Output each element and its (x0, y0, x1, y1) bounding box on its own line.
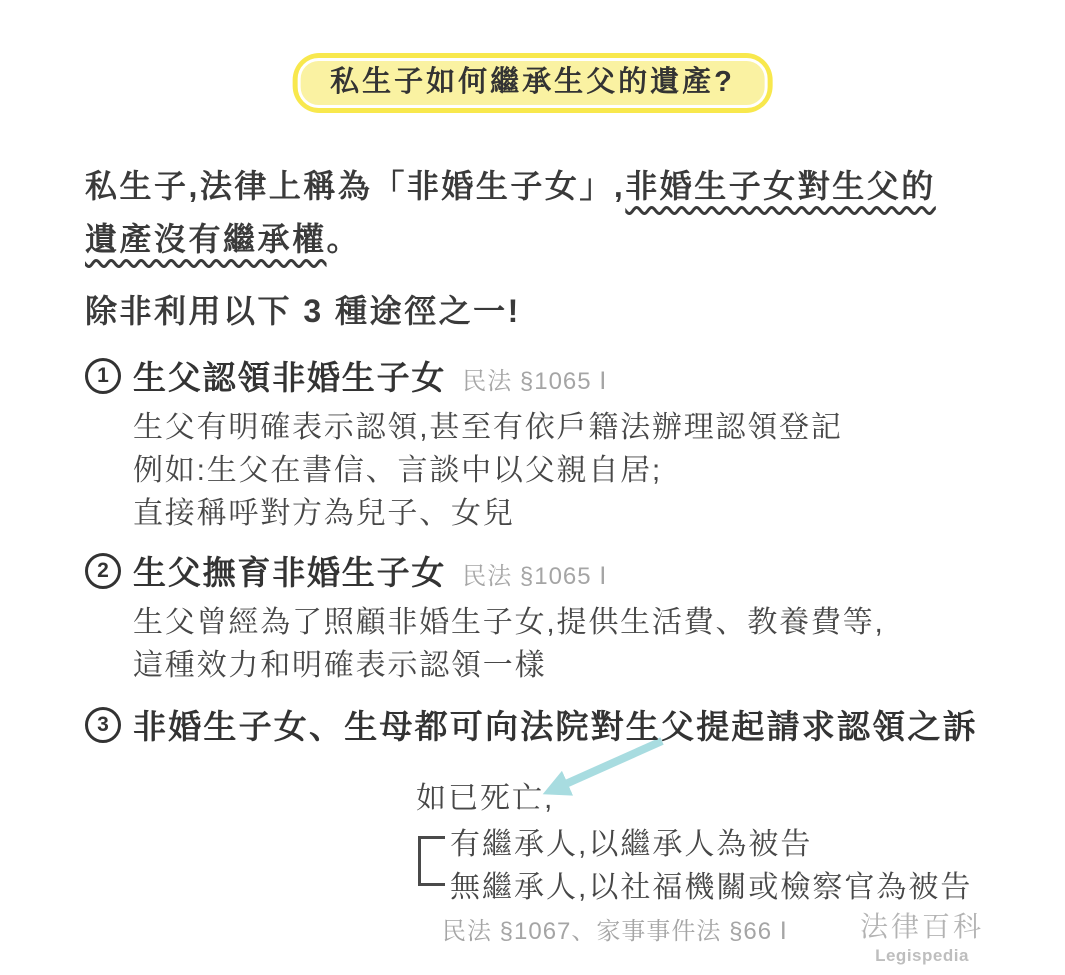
section-2: 2 生父撫育非婚生子女 民法 §1065 Ⅰ 生父曾經為了照顧非婚生子女,提供生… (85, 547, 885, 687)
infographic-page: 私生子如何繼承生父的遺產? 私生子,法律上稱為「非婚生子女」,非婚生子女對生父的… (0, 0, 1065, 975)
branch-has-heirs: 有繼承人,以繼承人為被告 (450, 823, 972, 866)
section-2-body: 生父曾經為了照顧非婚生子女,提供生活費、教養費等, 這種效力和明確表示認領一樣 (133, 601, 885, 687)
section-1-body: 生父有明確表示認領,甚至有依戶籍法辦理認領登記 例如:生父在書信、言談中以父親自… (133, 406, 843, 535)
intro-wavy-underline-text-2: 遺產沒有繼承權 (85, 221, 327, 257)
section-3: 3 非婚生子女、生母都可向法院對生父提起請求認領之訴 (85, 701, 978, 748)
section-2-number-badge: 2 (85, 553, 121, 589)
section-1-heading: 生父認領非婚生子女 (133, 352, 446, 399)
section-1-number-badge: 1 (85, 358, 121, 394)
body-line: 生父有明確表示認領,甚至有依戶籍法辦理認領登記 (133, 406, 843, 449)
body-line: 這種效力和明確表示認領一樣 (133, 644, 885, 687)
intro-text: 私生子,法律上稱為「非婚生子女」, (85, 168, 625, 204)
death-note-intro: 如已死亡, (416, 778, 972, 819)
death-note-branches: 有繼承人,以繼承人為被告 無繼承人,以社福機關或檢察官為被告 (416, 823, 972, 909)
body-line: 直接稱呼對方為兒子、女兒 (133, 492, 843, 535)
section-1: 1 生父認領非婚生子女 民法 §1065 Ⅰ 生父有明確表示認領,甚至有依戶籍法… (85, 352, 843, 535)
brand-name-english: Legispedia (860, 946, 984, 966)
branch-no-heirs: 無繼承人,以社福機關或檢察官為被告 (450, 866, 972, 909)
section-1-law-reference: 民法 §1065 Ⅰ (462, 361, 607, 396)
section-2-heading: 生父撫育非婚生子女 (133, 547, 446, 594)
section-1-header: 1 生父認領非婚生子女 民法 §1065 Ⅰ (85, 352, 843, 399)
death-note-law-reference: 民法 §1067、家事事件法 §66 Ⅰ (442, 911, 972, 946)
death-condition-note: 如已死亡, 有繼承人,以繼承人為被告 無繼承人,以社福機關或檢察官為被告 民法 … (416, 778, 972, 946)
section-3-number-badge: 3 (85, 707, 121, 743)
body-line: 例如:生父在書信、言談中以父親自居; (133, 449, 843, 492)
intro-paragraph: 私生子,法律上稱為「非婚生子女」,非婚生子女對生父的遺產沒有繼承權。 (85, 160, 936, 266)
intro-wavy-underline-text: 非婚生子女對生父的 (625, 168, 936, 204)
branch-bracket (418, 836, 445, 886)
section-3-heading: 非婚生子女、生母都可向法院對生父提起請求認領之訴 (133, 701, 978, 748)
title-pill: 私生子如何繼承生父的遺產? (292, 53, 773, 113)
page-title: 私生子如何繼承生父的遺產? (297, 58, 768, 108)
lead-line: 除非利用以下 3 種途徑之一! (85, 286, 521, 332)
body-line: 生父曾經為了照顧非婚生子女,提供生活費、教養費等, (133, 601, 885, 644)
section-2-law-reference: 民法 §1065 Ⅰ (462, 556, 607, 591)
section-2-header: 2 生父撫育非婚生子女 民法 §1065 Ⅰ (85, 547, 885, 594)
section-3-header: 3 非婚生子女、生母都可向法院對生父提起請求認領之訴 (85, 701, 978, 748)
intro-period: 。 (327, 221, 362, 257)
